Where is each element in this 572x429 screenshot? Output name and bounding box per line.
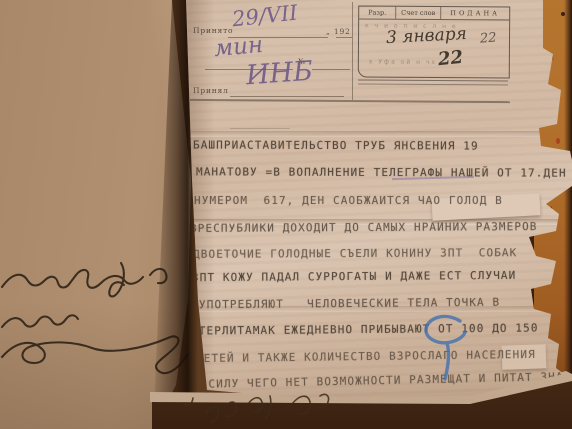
form-line xyxy=(230,96,344,97)
faint-rule xyxy=(230,128,290,129)
stamp-col-razr: Разр. xyxy=(359,6,396,18)
form-divider xyxy=(352,2,353,100)
stamp-col-slov: Счет слов xyxy=(396,7,441,19)
stamp-col-podana: ПОДАНА xyxy=(441,7,509,19)
stamp-double-line xyxy=(358,79,508,85)
typed-line: УПОТРЕБЛЯЮТ ЧЕЛОВЕЧЕСКИЕ ТЕЛА ТОЧКА В xyxy=(199,296,500,312)
stamp-date-year: 22 xyxy=(479,30,497,46)
typed-line: МАНАТОВУ =В ВОПАЛНЕНИЕ ТЕЛЕГРАФЫ НАШЕЙ О… xyxy=(196,165,567,179)
typed-line: БАШПРИАСТАВИТЕЛЬСТВО ТРУБ ЯНСВЕНИЯ 19 xyxy=(193,139,479,153)
form-line xyxy=(336,37,352,38)
typed-line: ВРЕСПУБЛИКИ ДОХОДИТ ДО САМЫХ НРАИНИХ РАЗ… xyxy=(190,220,538,235)
operator-signature: ИНБ xyxy=(245,56,314,92)
stamp-date-handwriting: 3 января xyxy=(386,24,468,48)
year-printed: „ 192 xyxy=(326,27,351,36)
typed-line: НУМЕРОМ 617, ДЕН САОБЖАИТСЯ ЧАО ГОЛОД В xyxy=(194,194,503,207)
typed-line: ЗПТ КОЖУ ПАДАЛ СУРРОГАТЫ И ДАЖЕ ЕСТ СЛУЧ… xyxy=(192,269,516,284)
typed-line: ДВОЕТОЧИЕ ГОЛОДНЫЕ СЪЕЛИ КОНИНУ ЗПТ СОБА… xyxy=(193,246,517,261)
left-margin-handwriting xyxy=(0,235,190,375)
red-speck xyxy=(556,138,560,144)
stamp-number-handwriting: 22 xyxy=(437,47,464,71)
bottom-pencil-scribble xyxy=(150,392,470,429)
faint-stamp-row: х Уфа ой н чх xyxy=(369,59,437,66)
taken-label: Принял xyxy=(193,86,229,95)
photo-right-edge xyxy=(564,0,572,410)
dark-speck xyxy=(561,12,565,16)
form-line xyxy=(312,69,350,70)
time-handwriting: мин xyxy=(213,32,264,62)
blue-pencil-mark xyxy=(420,313,482,373)
received-label: Принято xyxy=(193,26,233,35)
archive-photo: чк и м Принято „ 192 29/VII № xyxy=(0,0,572,429)
strip-seam xyxy=(186,131,558,137)
